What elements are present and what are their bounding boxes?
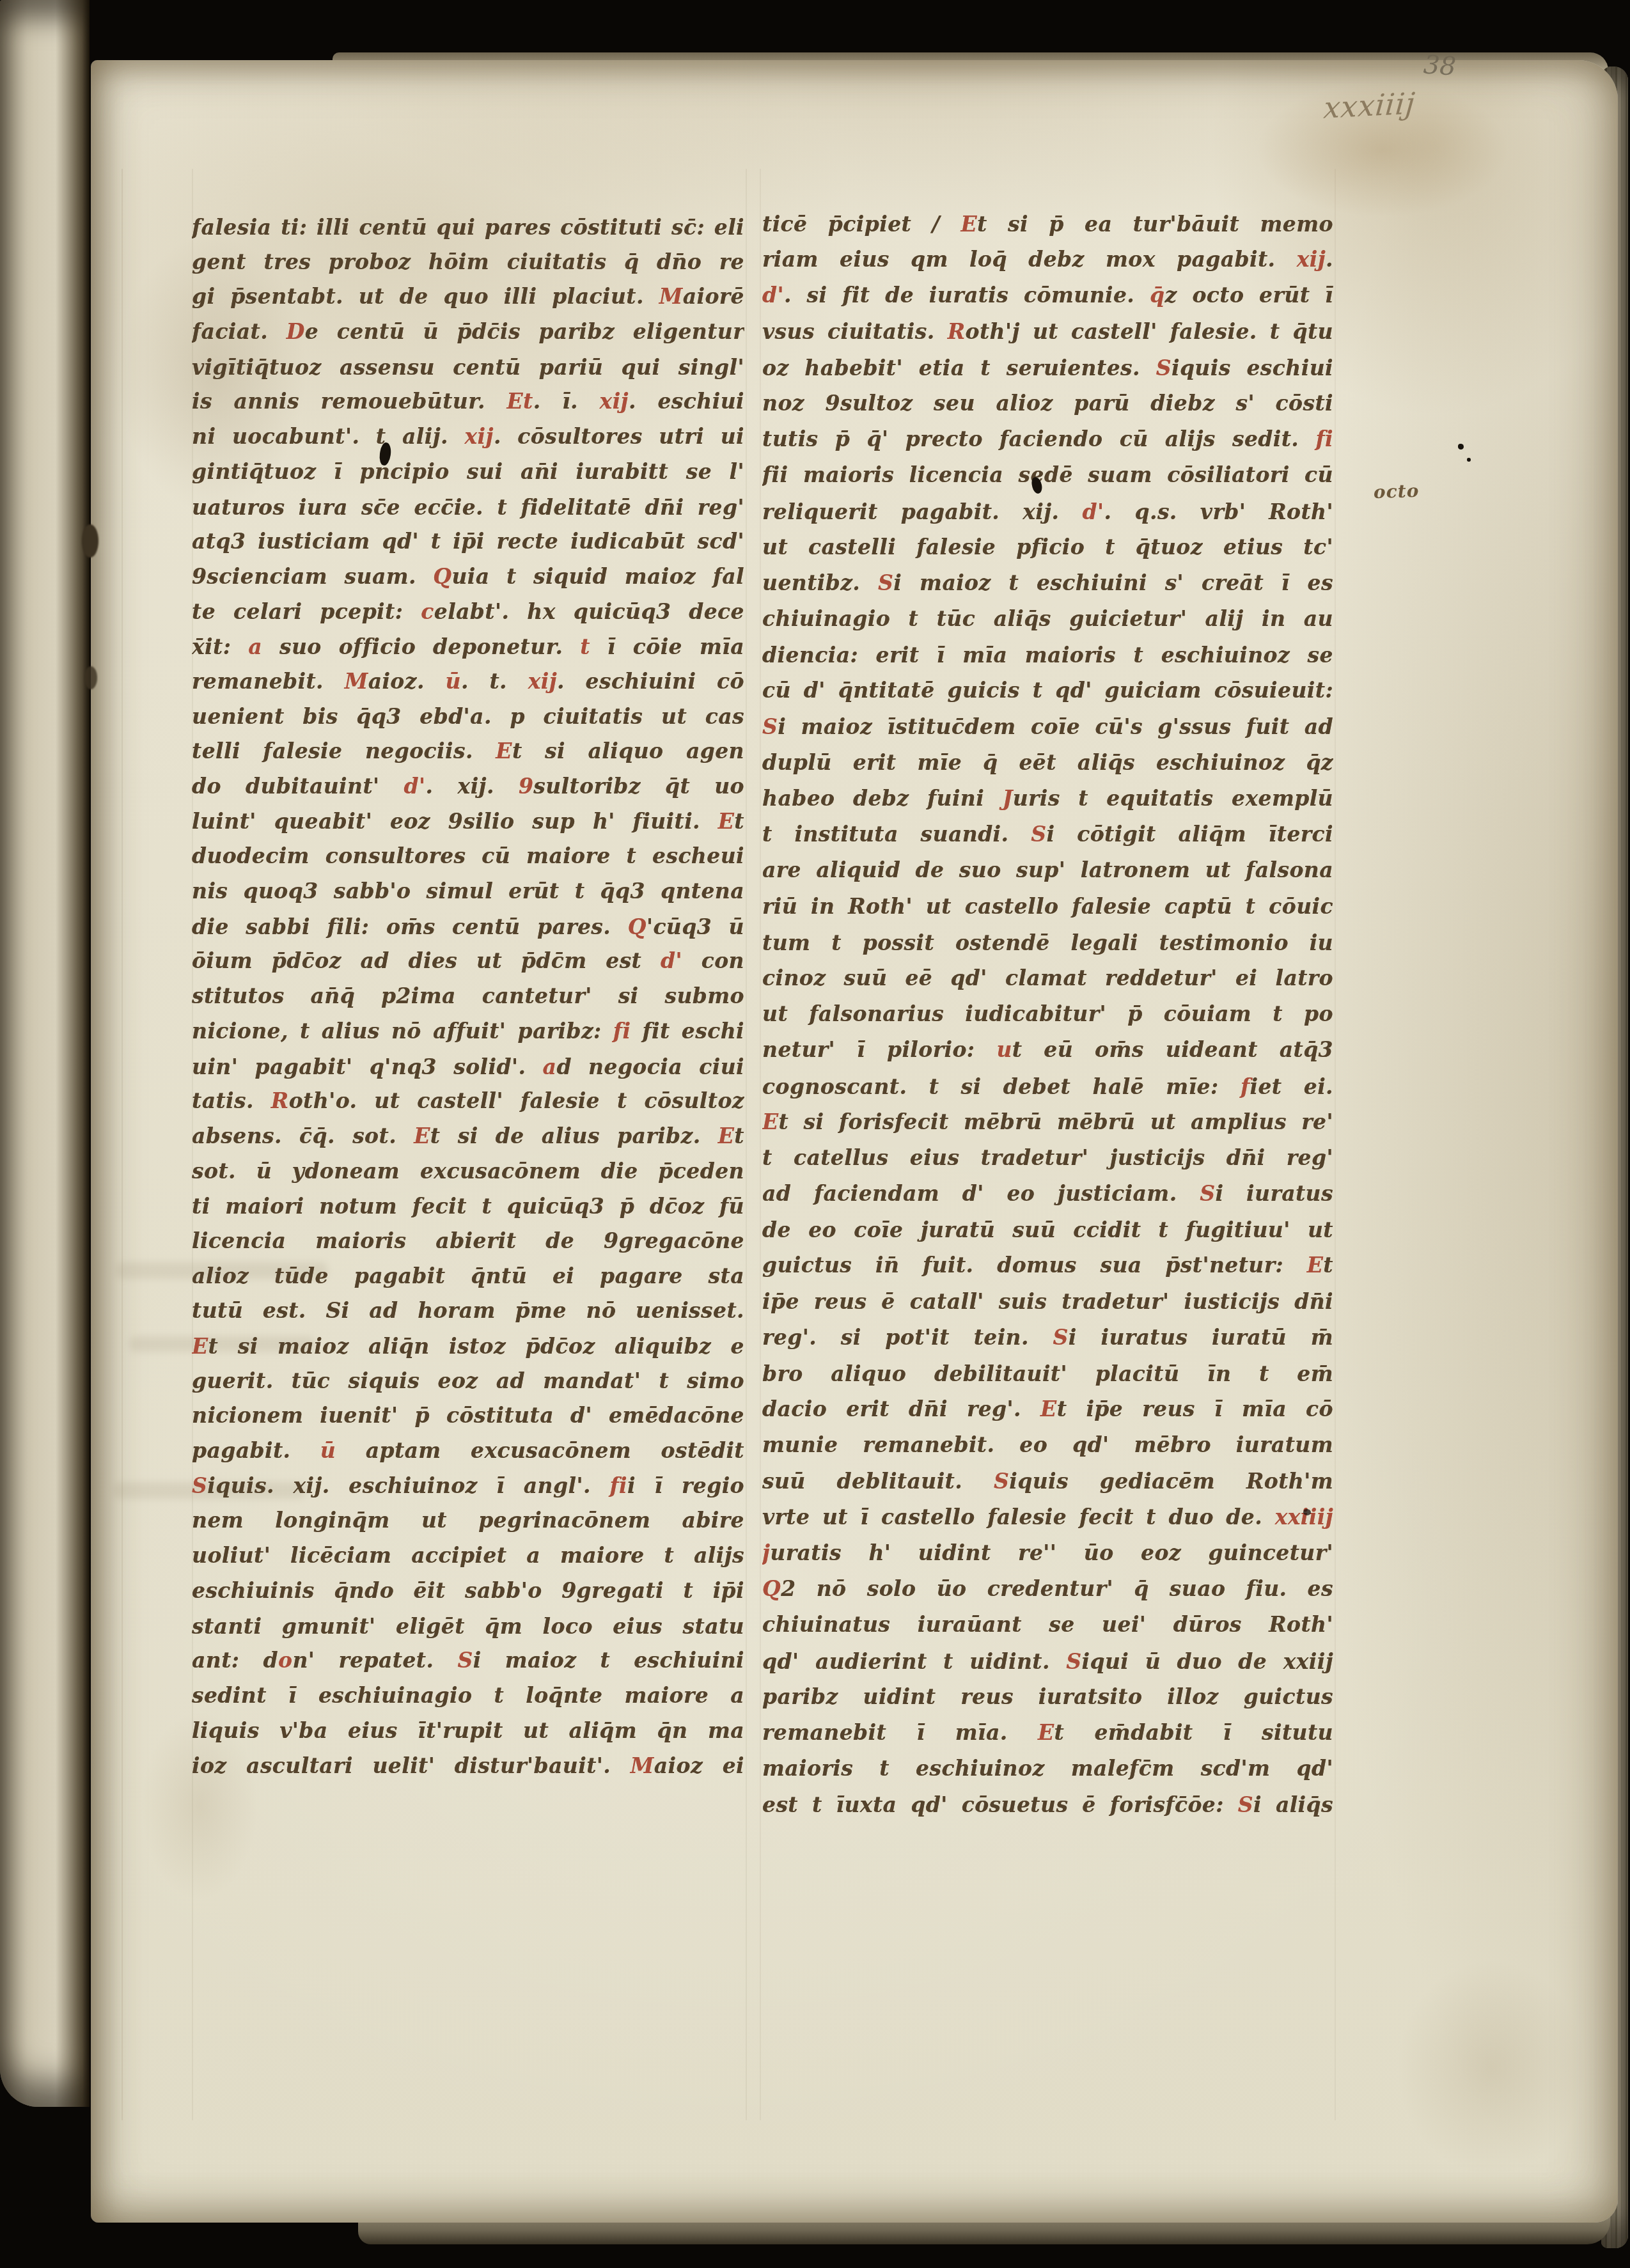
manuscript-line: qd' audierint t uidint. Siqui ū duo de x… xyxy=(762,1643,1333,1679)
manuscript-line: ad faciendam d' eo justiciam. Si iuratus xyxy=(762,1176,1333,1212)
manuscript-line: reg'. si pot'it tein. Si iuratus iuratū … xyxy=(762,1319,1333,1355)
manuscript-line: nicione, t alius nō affuit' paribz: fi f… xyxy=(192,1014,744,1049)
edge-damage-spot xyxy=(82,524,98,558)
manuscript-line: uaturos iura sc̄e ecc̄ie. t fidelitatē d… xyxy=(192,490,744,525)
manuscript-line: maioris t eschiuinoz malefc̄m scd'm qd' xyxy=(762,1751,1333,1787)
manuscript-line: dacio erit dn̄i reg'. Et ip̄e reus ī mīa… xyxy=(762,1391,1333,1427)
manuscript-line: ti maiori notum fecit t quicūq3 p̄ dc̄oz… xyxy=(192,1189,744,1224)
manuscript-line: pagabit. ū aptam excusacōnem ostēdit xyxy=(192,1434,744,1469)
manuscript-line: gintiq̄tuoz ī pncipio sui an̄i iurabitt … xyxy=(192,455,744,490)
manuscript-line: diencia: erit ī mīa maioris t eschiuinoz… xyxy=(762,637,1333,673)
manuscript-line: ut castelli falesie pficio t q̄tuoz etiu… xyxy=(762,529,1333,565)
manuscript-line: oz habebit' etia t seruientes. Siquis es… xyxy=(762,350,1333,386)
manuscript-line: t instituta suandi. Si cōtigit aliq̄m īt… xyxy=(762,817,1333,852)
manuscript-line: cū d' q̄ntitatē guicis t qd' guiciam cōs… xyxy=(762,673,1333,708)
manuscript-line: telli falesie negociis. Et si aliquo age… xyxy=(192,734,744,769)
manuscript-line: chiuinatus iuraūant se uei' dūros Roth' xyxy=(762,1607,1333,1643)
manuscript-line: ut falsonarius iudicabitur' p̄ cōuiam t … xyxy=(762,996,1333,1032)
ruling-line xyxy=(121,169,123,2120)
manuscript-line: riam eius qm loq̄ debz mox pagabit. xij. xyxy=(762,242,1333,278)
manuscript-line: Q2 nō solo ūo credentur' q̄ suao fiu. es xyxy=(762,1571,1333,1607)
manuscript-line: sedint ī eschiuinagio t loq̄nte maiore a xyxy=(192,1678,744,1714)
manuscript-line: Et si maioz aliq̄n istoz p̄dc̄oz aliquib… xyxy=(192,1329,744,1365)
folio-number-roman: xxxiiij xyxy=(1322,86,1417,125)
manuscript-line: liquis v'ba eius īt'rupit ut aliq̄m q̄n … xyxy=(192,1714,744,1749)
manuscript-line: t catellus eius tradetur' justicijs dn̄i… xyxy=(762,1139,1333,1175)
manuscript-line: ni uocabunt'. t alij. xij. cōsultores ut… xyxy=(192,419,744,455)
manuscript-line: tatis. Roth'o. ut castell' falesie t cōs… xyxy=(192,1084,744,1119)
manuscript-line: ōium p̄dc̄oz ad dies ut p̄dc̄m est d' co… xyxy=(192,944,744,979)
manuscript-line: fii maioris licencia sedē suam cōsiliato… xyxy=(762,457,1333,493)
manuscript-line: remanebit ī mīa. Et em̄dabit ī situtu xyxy=(762,1715,1333,1751)
manuscript-line: absens. c̄q̄. sot. Et si de alius paribz… xyxy=(192,1118,744,1154)
manuscript-line: alioz tūde pagabit q̄ntū ei pagare sta xyxy=(192,1259,744,1294)
manuscript-line: sot. ū ydoneam excusacōnem die p̄ceden xyxy=(192,1154,744,1189)
manuscript-line: luint' queabit' eoz 9silio sup h' fiuiti… xyxy=(192,804,744,840)
manuscript-line: vigītiq̄tuoz assensu centū pariū qui sin… xyxy=(192,350,744,385)
manuscript-line: Si maioz īstituc̄dem coīe cū's g'ssus fu… xyxy=(762,709,1333,745)
manuscript-line: gi p̄sentabt. ut de quo illi placiut. Ma… xyxy=(192,279,744,315)
manuscript-line: te celari pcepit: celabt'. hx quicūq3 de… xyxy=(192,594,744,629)
manuscript-line: ip̄e reus ē catall' suis tradetur' iusti… xyxy=(762,1284,1333,1320)
manuscript-line: est t īuxta qd' cōsuetus ē forisfc̄ōe: S… xyxy=(762,1787,1333,1823)
manuscript-line: are aliquid de suo sup' latronem ut fals… xyxy=(762,852,1333,888)
manuscript-line: cognoscant. t si debet halē mīe: fiet ei… xyxy=(762,1068,1333,1104)
manuscript-line: uenient bis q̄q3 ebd'a. p ciuitatis ut c… xyxy=(192,700,744,735)
manuscript-line: stanti gmunit' eligēt q̄m loco eius stat… xyxy=(192,1609,744,1644)
manuscript-line: Et si forisfecit mēbrū mēbrū ut amplius … xyxy=(762,1104,1333,1140)
manuscript-line: vsus ciuitatis. Roth'j ut castell' fales… xyxy=(762,314,1333,350)
manuscript-line: netur' ī pilorio: ut eū om̄s uideant atq… xyxy=(762,1032,1333,1068)
manuscript-line: stitutos an̄q̄ p2ima cantetur' si submo xyxy=(192,979,744,1014)
manuscript-line: guerit. tūc siquis eoz ad mandat' t simo xyxy=(192,1364,744,1399)
manuscript-page: xxxiiij 38 falesia ti: illi centū qui pa… xyxy=(91,60,1618,2223)
ruling-line xyxy=(1335,169,1336,2120)
ink-blot xyxy=(1458,444,1464,450)
manuscript-line: Siquis. xij. eschiuinoz ī angl'. fii ī r… xyxy=(192,1468,744,1503)
manuscript-line: die sabbi fili: om̄s centū pares. Q'cūq3… xyxy=(192,909,744,944)
manuscript-line: de eo coīe juratū suū ccidit t fugitiuu'… xyxy=(762,1212,1333,1248)
adjacent-page-edge xyxy=(0,0,90,2107)
manuscript-line: tutū est. Si ad horam p̄me nō uenisset. xyxy=(192,1294,744,1329)
manuscript-line: tutis p̄ q̄' precto faciendo cū alijs se… xyxy=(762,421,1333,457)
ink-blot xyxy=(1467,458,1471,462)
manuscript-line: ticē p̄cipiet / Et si p̄ ea tur'bāuit me… xyxy=(762,207,1333,242)
manuscript-line: falesia ti: illi centū qui pares cōstitu… xyxy=(192,210,744,246)
manuscript-line: cinoz suū eē qd' clamat reddetur' ei lat… xyxy=(762,960,1333,996)
manuscript-line: atq3 iusticiam qd' t ip̄i recte iudicabū… xyxy=(192,524,744,559)
ruling-line xyxy=(760,169,761,2120)
manuscript-line: juratis h' uidint re'' ūo eoz guincetur' xyxy=(762,1535,1333,1571)
manuscript-line: vrte ut ī castello falesie fecit t duo d… xyxy=(762,1499,1333,1535)
ink-blot xyxy=(1303,1509,1311,1515)
manuscript-line: noz 9sultoz seu alioz parū diebz s' cōst… xyxy=(762,386,1333,421)
margin-note: octo xyxy=(1373,480,1419,503)
manuscript-line: paribz uidint reus iuratsito illoz guict… xyxy=(762,1678,1333,1714)
manuscript-line: nem longinq̄m ut pegrinacōnem abire xyxy=(192,1503,744,1538)
manuscript-line: eschiuinis q̄ndo ēit sabb'o 9gregati t i… xyxy=(192,1574,744,1609)
manuscript-line: is annis remouebūtur. Et. ī. xij. eschiu… xyxy=(192,384,744,419)
manuscript-line: remanebit. Maioz. ū. t. xij. eschiuini c… xyxy=(192,664,744,700)
manuscript-line: uin' pagabit' q'nq3 solid'. ad negocia c… xyxy=(192,1049,744,1084)
manuscript-line: ant: don' repatet. Si maioz t eschiuini xyxy=(192,1643,744,1678)
manuscript-line: uentibz. Si maioz t eschiuini s' creāt ī… xyxy=(762,565,1333,601)
manuscript-line: ioz ascultari uelit' distur'bauit'. Maio… xyxy=(192,1749,744,1784)
manuscript-line: nis quoq3 sabb'o simul erūt t q̄q3 qnten… xyxy=(192,874,744,909)
manuscript-line: suū deblitauit. Siquis gediacēm Roth'm xyxy=(762,1464,1333,1499)
manuscript-line: tum t possit ostendē legali testimonio i… xyxy=(762,925,1333,960)
parchment-stain xyxy=(1357,1914,1626,2221)
manuscript-line: munie remanebit. eo qd' mēbro iuratum xyxy=(762,1427,1333,1463)
manuscript-line: licencia maioris abierit de 9gregacōne xyxy=(192,1224,744,1259)
manuscript-line: riū in Roth' ut castello falesie captū t… xyxy=(762,889,1333,925)
manuscript-line: uoliut' licēciam accipiet a maiore t ali… xyxy=(192,1538,744,1574)
manuscript-line: x̄it: a suo officio deponetur. t ī cōie … xyxy=(192,630,744,665)
manuscript-photo: xxxiiij 38 falesia ti: illi centū qui pa… xyxy=(0,0,1630,2268)
manuscript-line: faciat. De centū ū p̄dc̄is paribz eligen… xyxy=(192,315,744,350)
text-column-right: ticē p̄cipiet / Et si p̄ ea tur'bāuit me… xyxy=(762,206,1333,1822)
manuscript-line: guictus in̄ fuit. domus sua p̄st'netur: … xyxy=(762,1247,1333,1283)
manuscript-line: duplū erit mīe q̄ eēt aliq̄s eschiuinoz … xyxy=(762,745,1333,781)
manuscript-line: d'. si fit de iuratis cōmunie. q̄z octo … xyxy=(762,278,1333,313)
manuscript-line: gent tres proboz hōim ciuitatis q̄ dn̄o … xyxy=(192,244,744,279)
manuscript-line: nicionem iuenit' p̄ cōstituta d' emēdacō… xyxy=(192,1398,744,1434)
edge-damage-spot xyxy=(84,666,97,689)
text-column-left: falesia ti: illi centū qui pares cōstitu… xyxy=(192,210,744,1783)
folio-number-arabic: 38 xyxy=(1422,50,1457,81)
manuscript-line: do dubitauint' d'. xij. 9sultoribz q̄t u… xyxy=(192,769,744,804)
manuscript-line: chiuinagio t tūc aliq̄s guicietur' alij … xyxy=(762,601,1333,637)
ruling-line xyxy=(746,169,747,2120)
manuscript-line: bro aliquo debilitauit' placitū īn t em̄ xyxy=(762,1356,1333,1392)
manuscript-line: duodecim consultores cū maiore t escheui xyxy=(192,839,744,874)
manuscript-line: 9scienciam suam. Quia t siquid maioz fal xyxy=(192,559,744,595)
manuscript-line: habeo debz fuini Juris t equitatis exemp… xyxy=(762,781,1333,817)
manuscript-line: reliquerit pagabit. xij. d'. q.s. vrb' R… xyxy=(762,494,1333,529)
